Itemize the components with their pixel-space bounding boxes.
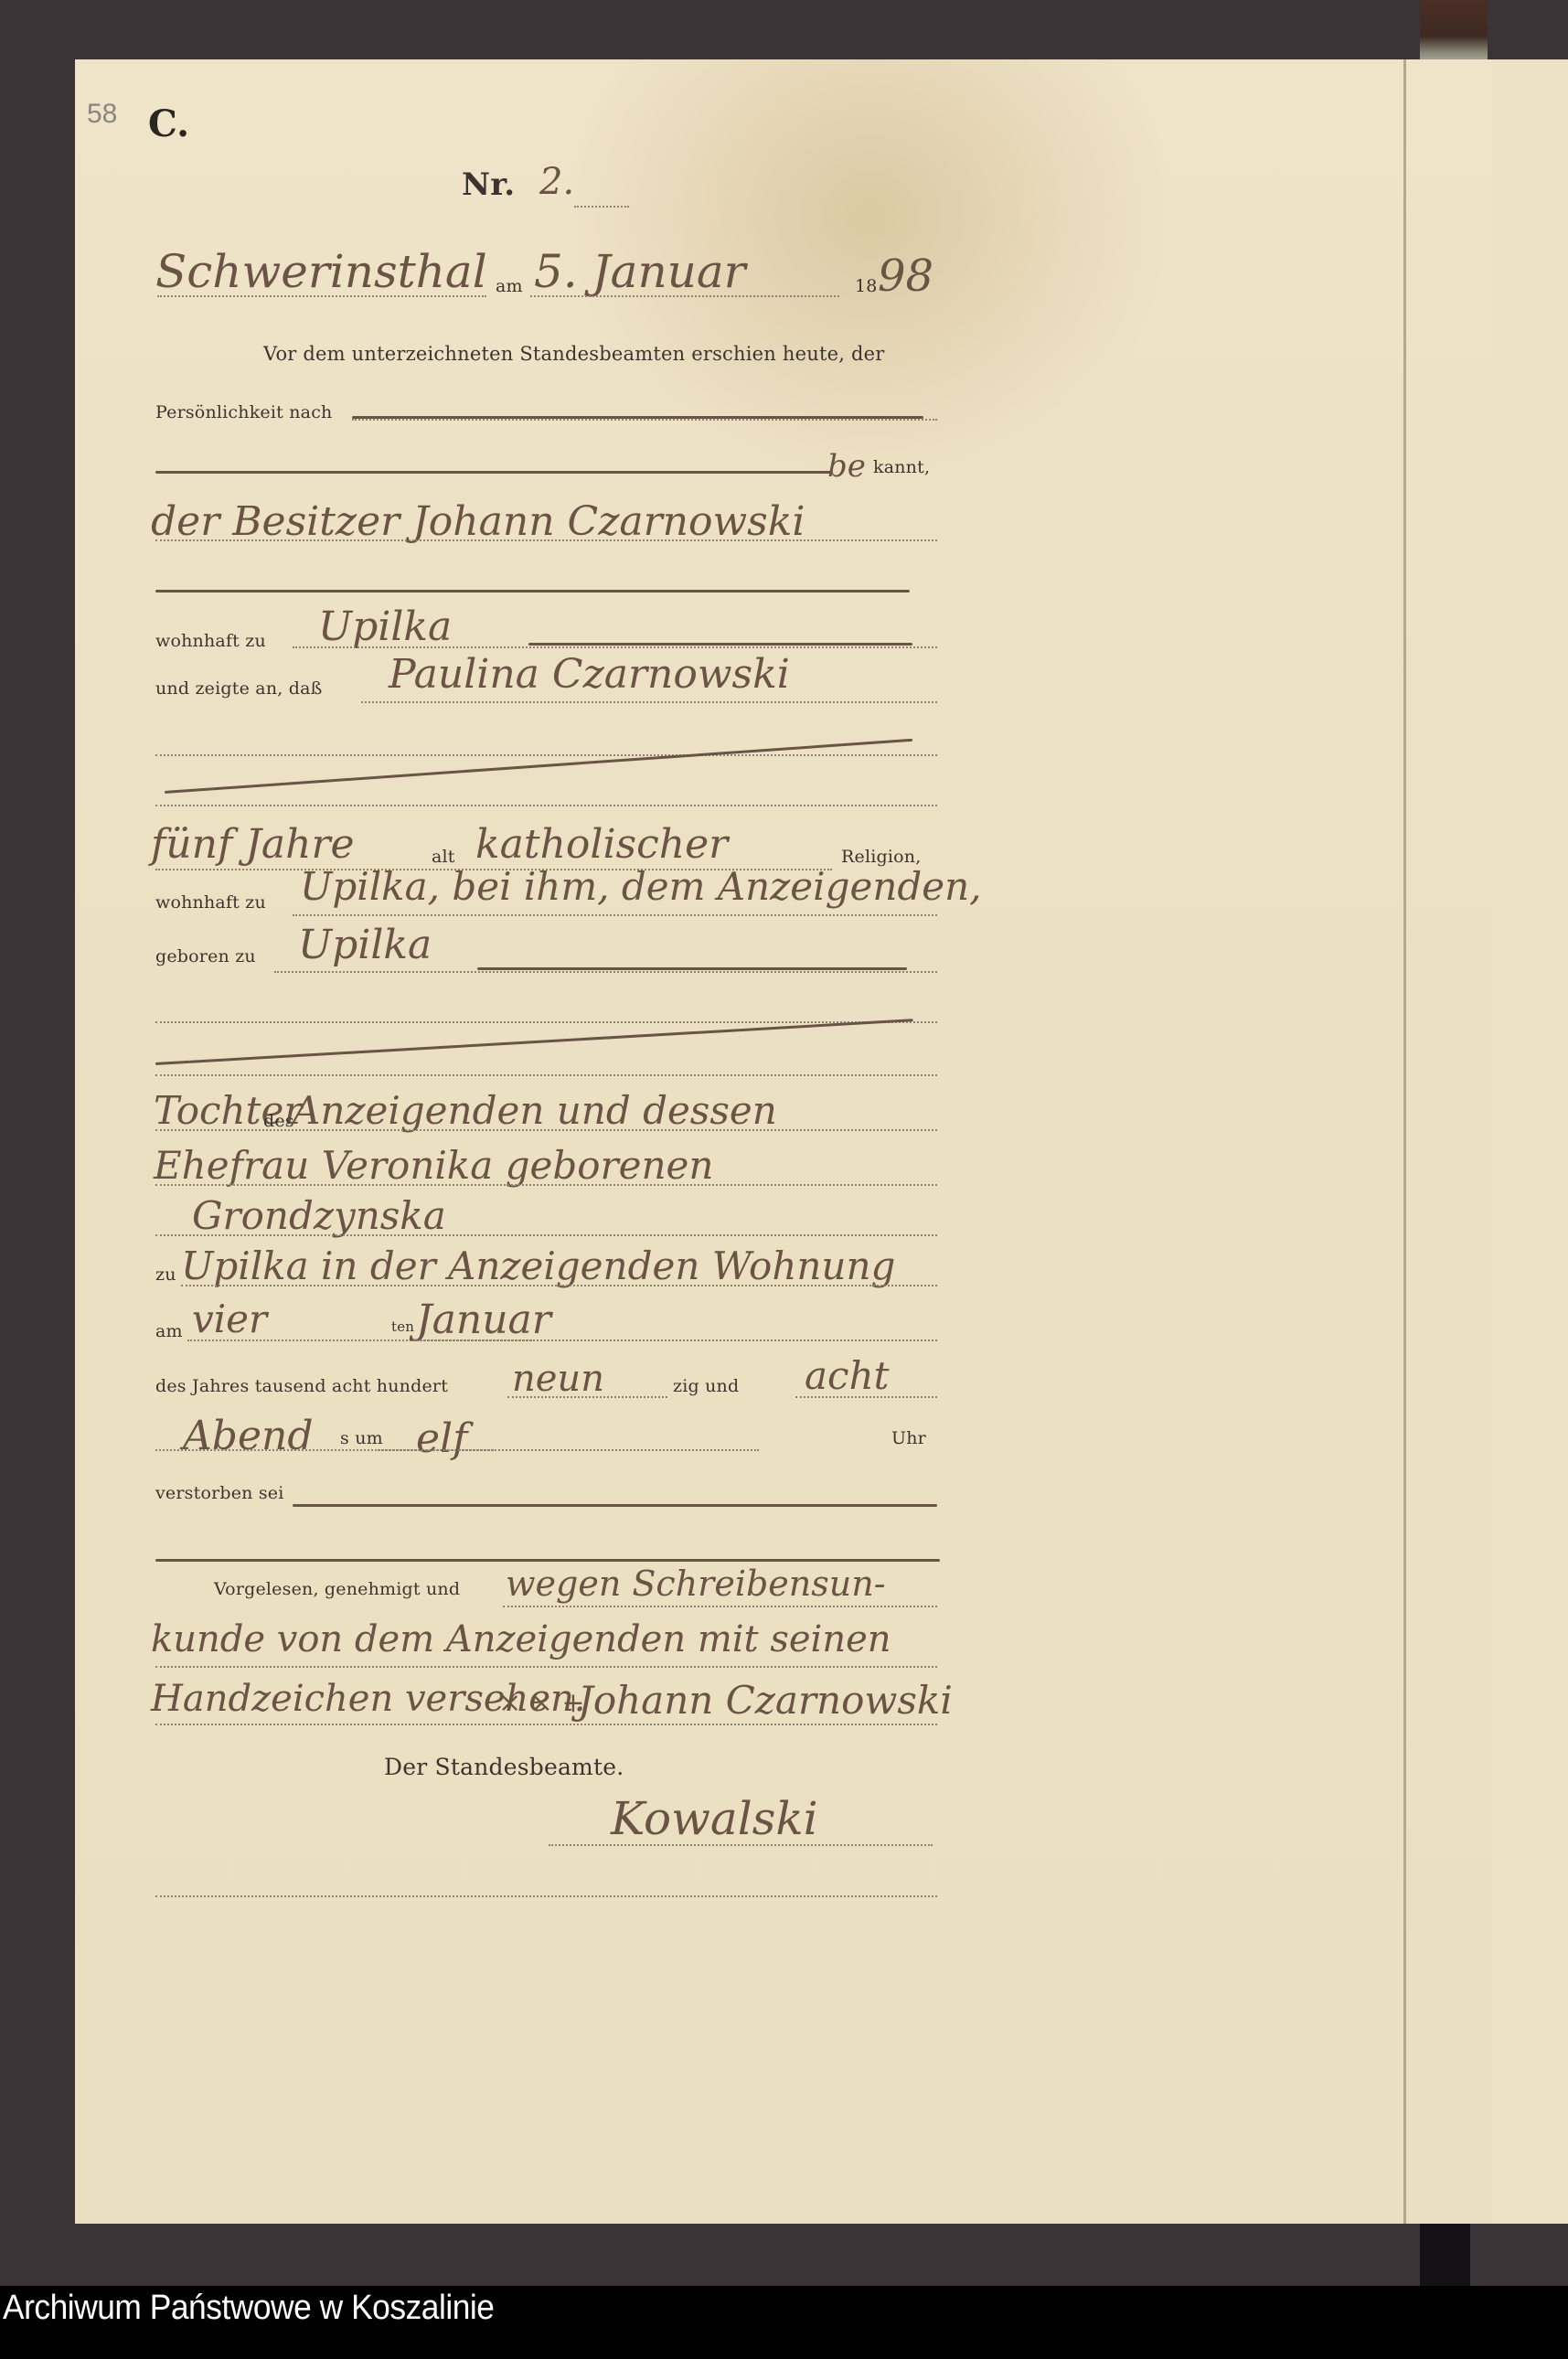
death-day-suffix: ten bbox=[391, 1318, 414, 1335]
registrar-signature: Kowalski bbox=[611, 1792, 818, 1845]
parents-line-2: Ehefrau Veronika geborenen bbox=[154, 1143, 713, 1188]
mother-maiden-name: Grondzynska bbox=[192, 1193, 446, 1238]
time-mid: s um bbox=[340, 1428, 383, 1448]
birthplace-label: geboren zu bbox=[155, 946, 256, 966]
year-words-label: des Jahres tausend acht hundert bbox=[155, 1376, 448, 1396]
book-spine-top bbox=[1420, 0, 1488, 66]
book-spine-bottom bbox=[1420, 2224, 1470, 2286]
dotted-line bbox=[413, 1340, 937, 1341]
intro-text: Vor dem unterzeichneten Standesbeamten e… bbox=[263, 343, 885, 365]
residence-label: wohnhaft zu bbox=[155, 631, 266, 651]
hour-label: Uhr bbox=[891, 1428, 926, 1448]
entry-number: 2. bbox=[539, 161, 574, 203]
parents-printed-des: des bbox=[263, 1111, 294, 1131]
dotted-line bbox=[293, 646, 937, 648]
year-words-units: acht bbox=[805, 1353, 890, 1398]
date-prefix: am bbox=[496, 276, 523, 296]
deceased-religion: katholischer bbox=[475, 821, 728, 868]
dotted-line bbox=[155, 1021, 937, 1023]
dotted-line bbox=[795, 1396, 937, 1398]
year-words-tens: neun bbox=[512, 1358, 604, 1400]
dotted-line bbox=[155, 1234, 937, 1236]
strike-line bbox=[155, 590, 910, 592]
informant-signature: Johann Czarnowski bbox=[578, 1678, 953, 1723]
deceased-residence-label: wohnhaft zu bbox=[155, 892, 266, 913]
year-handwritten: 98 bbox=[878, 251, 933, 302]
informant-name: der Besitzer Johann Czarnowski bbox=[151, 498, 805, 545]
deceased-residence: Upilka, bei ihm, dem Anzeigenden, bbox=[300, 864, 982, 909]
dotted-line bbox=[155, 754, 937, 756]
dotted-line bbox=[361, 701, 937, 703]
informant-residence: Upilka bbox=[318, 603, 452, 650]
dotted-line bbox=[293, 914, 937, 916]
dotted-line bbox=[574, 206, 629, 208]
place-of-registration: Schwerinsthal bbox=[155, 245, 487, 298]
dotted-line bbox=[507, 1396, 667, 1398]
known-printed: kannt, bbox=[873, 457, 930, 477]
archive-name: Archiwum Państwowe w Koszalinie bbox=[3, 2289, 494, 2328]
dotted-line bbox=[549, 1844, 933, 1846]
closing-printed: Vorgelesen, genehmigt und bbox=[214, 1579, 460, 1599]
death-place: Upilka in der Anzeigenden Wohnung bbox=[181, 1244, 895, 1288]
registration-date: 5. Januar bbox=[534, 245, 746, 298]
page-fold bbox=[1403, 59, 1406, 2224]
deceased-name: Paulina Czarnowski bbox=[389, 651, 790, 698]
entry-number-label: Nr. bbox=[462, 166, 515, 203]
death-hour: elf bbox=[416, 1415, 467, 1462]
strike-line bbox=[155, 1559, 940, 1562]
handmarks: × × + bbox=[498, 1687, 584, 1719]
death-day-label: am bbox=[155, 1321, 183, 1341]
death-place-label: zu bbox=[155, 1265, 176, 1285]
death-month: Januar bbox=[416, 1297, 551, 1343]
dotted-line bbox=[155, 1666, 937, 1668]
dotted-line bbox=[157, 295, 486, 297]
dotted-line bbox=[155, 1724, 937, 1725]
dotted-line bbox=[352, 419, 937, 421]
identity-label: Persönlichkeit nach bbox=[155, 402, 332, 422]
registrar-title: Der Standesbeamte. bbox=[384, 1754, 624, 1780]
form-letter: C. bbox=[148, 102, 189, 145]
known-hand-prefix: be bbox=[827, 448, 866, 485]
closing-line-2: kunde von dem Anzeigenden mit seinen bbox=[151, 1618, 891, 1660]
dotted-line bbox=[155, 1184, 937, 1186]
dotted-line bbox=[375, 1449, 759, 1451]
dotted-line bbox=[155, 1074, 937, 1076]
strike-line bbox=[293, 1504, 937, 1507]
dotted-line bbox=[155, 1895, 937, 1897]
dotted-line bbox=[181, 1285, 937, 1286]
deceased-birthplace: Upilka bbox=[298, 922, 432, 968]
parents-line-1: Anzeigenden und dessen bbox=[293, 1088, 777, 1133]
strike-line bbox=[477, 967, 907, 970]
dotted-line bbox=[503, 1606, 937, 1607]
year-words-mid: zig und bbox=[673, 1376, 739, 1396]
death-day: vier bbox=[192, 1297, 267, 1341]
year-printed: 18 bbox=[855, 276, 878, 296]
dotted-line bbox=[155, 805, 937, 806]
strike-line bbox=[528, 643, 912, 646]
dotted-line bbox=[155, 1129, 937, 1131]
died-label: verstorben sei bbox=[155, 1483, 284, 1503]
dotted-line bbox=[155, 539, 937, 541]
pencil-page-number: 58 bbox=[87, 99, 117, 130]
dotted-line bbox=[274, 971, 937, 973]
time-of-day: Abend bbox=[183, 1413, 313, 1459]
strike-line bbox=[155, 471, 832, 474]
closing-line-1: wegen Schreibensun- bbox=[506, 1564, 886, 1604]
deceased-age: fünf Jahre bbox=[151, 821, 355, 868]
reported-label: und zeigte an, daß bbox=[155, 678, 323, 699]
register-page bbox=[75, 59, 1492, 2224]
dotted-line bbox=[530, 295, 839, 297]
